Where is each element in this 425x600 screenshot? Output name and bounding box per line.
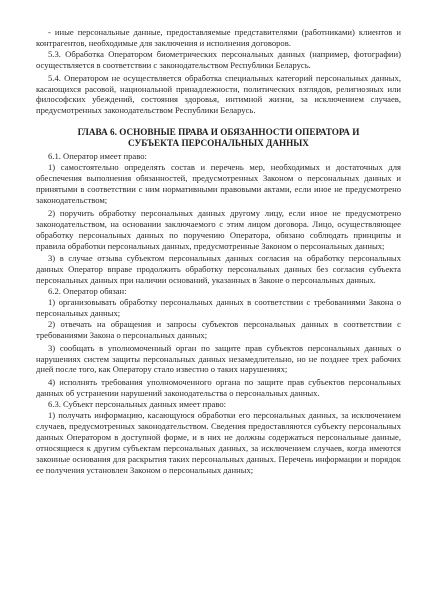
paragraph-5-3: 5.3. Обработка Оператором биометрических… bbox=[36, 49, 401, 71]
paragraph-5-4: 5.4. Оператором не осуществляется обрабо… bbox=[36, 73, 401, 117]
section-6-2-item-2: 2) отвечать на обращения и запросы субъе… bbox=[36, 319, 401, 341]
chapter-heading-line-2: СУБЪЕКТА ПЕРСОНАЛЬНЫХ ДАННЫХ bbox=[36, 138, 401, 149]
paragraph-other-personal-data: - иные персональные данные, предоставляе… bbox=[36, 27, 401, 49]
section-6-2-item-1: 1) организовывать обработку персональных… bbox=[36, 297, 401, 319]
chapter-heading-line-1: ГЛАВА 6. ОСНОВНЫЕ ПРАВА И ОБЯЗАННОСТИ ОП… bbox=[36, 127, 401, 138]
section-6-1-item-1: 1) самостоятельно определять состав и пе… bbox=[36, 162, 401, 206]
document-page: - иные персональные данные, предоставляе… bbox=[36, 27, 401, 476]
section-6-2-item-4: 4) исполнять требования уполномоченного … bbox=[36, 377, 401, 399]
section-6-2-title: 6.2. Оператор обязан: bbox=[36, 286, 401, 297]
section-6-1-title: 6.1. Оператор имеет право: bbox=[36, 151, 401, 162]
chapter-heading: ГЛАВА 6. ОСНОВНЫЕ ПРАВА И ОБЯЗАННОСТИ ОП… bbox=[36, 127, 401, 149]
section-6-3-title: 6.3. Субъект персональных данных имеет п… bbox=[36, 399, 401, 410]
section-6-2-item-3: 3) сообщать в уполномоченный орган по за… bbox=[36, 343, 401, 376]
section-6-1-item-2: 2) поручить обработку персональных данны… bbox=[36, 208, 401, 252]
section-6-3-item-1: 1) получать информацию, касающуюся обраб… bbox=[36, 410, 401, 475]
section-6-1-item-3: 3) в случае отзыва субъектом персональны… bbox=[36, 253, 401, 286]
